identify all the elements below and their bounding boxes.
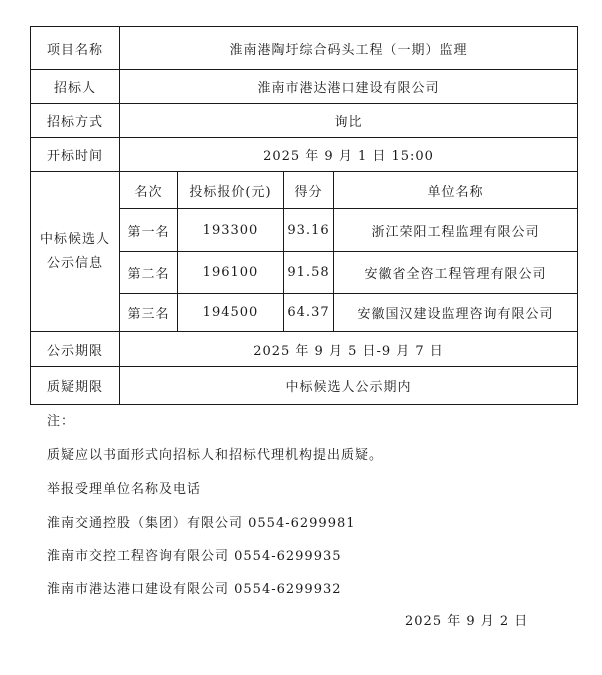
- contact-line: 淮南市交控工程咨询有限公司 0554-6299935: [47, 545, 342, 564]
- method-value: 询比: [120, 104, 578, 138]
- candidates-label-line1: 中标候选人: [31, 228, 119, 252]
- price: 194500: [178, 294, 284, 332]
- publicity-period-value: 2025 年 9 月 5 日-9 月 7 日: [120, 332, 578, 367]
- query-period-label: 质疑期限: [31, 367, 120, 405]
- score: 64.37: [284, 294, 334, 332]
- bid-info-table: 项目名称 淮南港陶圩综合码头工程（一期）监理 招标人 淮南市港达港口建设有限公司…: [30, 26, 578, 405]
- notes-line1: 质疑应以书面形式向招标人和招标代理机构提出质疑。: [47, 444, 383, 463]
- rank: 第三名: [120, 294, 178, 332]
- opening-time-label: 开标时间: [31, 138, 120, 172]
- price: 196100: [178, 252, 284, 294]
- company: 安徽国汉建设监理咨询有限公司: [334, 294, 578, 332]
- rank: 第一名: [120, 209, 178, 252]
- query-period-value: 中标候选人公示期内: [120, 367, 578, 405]
- notes-title: 注：: [47, 410, 75, 429]
- contact-line: 淮南交通控股（集团）有限公司 0554-6299981: [47, 512, 356, 531]
- candidates-label: 中标候选人 公示信息: [31, 172, 120, 332]
- candidates-label-line2: 公示信息: [31, 252, 119, 276]
- notes-line2: 举报受理单位名称及电话: [47, 478, 201, 497]
- header-rank: 名次: [120, 172, 178, 209]
- notice-date: 2025 年 9 月 2 日: [405, 610, 528, 629]
- score: 91.58: [284, 252, 334, 294]
- rank: 第二名: [120, 252, 178, 294]
- tenderer-value: 淮南市港达港口建设有限公司: [120, 70, 578, 104]
- header-price: 投标报价(元): [178, 172, 284, 209]
- tenderer-label: 招标人: [31, 70, 120, 104]
- price: 193300: [178, 209, 284, 252]
- header-company: 单位名称: [334, 172, 578, 209]
- opening-time-value: 2025 年 9 月 1 日 15:00: [120, 138, 578, 172]
- publicity-period-label: 公示期限: [31, 332, 120, 367]
- header-score: 得分: [284, 172, 334, 209]
- score: 93.16: [284, 209, 334, 252]
- method-label: 招标方式: [31, 104, 120, 138]
- contact-line: 淮南市港达港口建设有限公司 0554-6299932: [47, 578, 342, 597]
- company: 浙江荣阳工程监理有限公司: [334, 209, 578, 252]
- project-name-label: 项目名称: [31, 27, 120, 70]
- company: 安徽省全咨工程管理有限公司: [334, 252, 578, 294]
- project-name-value: 淮南港陶圩综合码头工程（一期）监理: [120, 27, 578, 70]
